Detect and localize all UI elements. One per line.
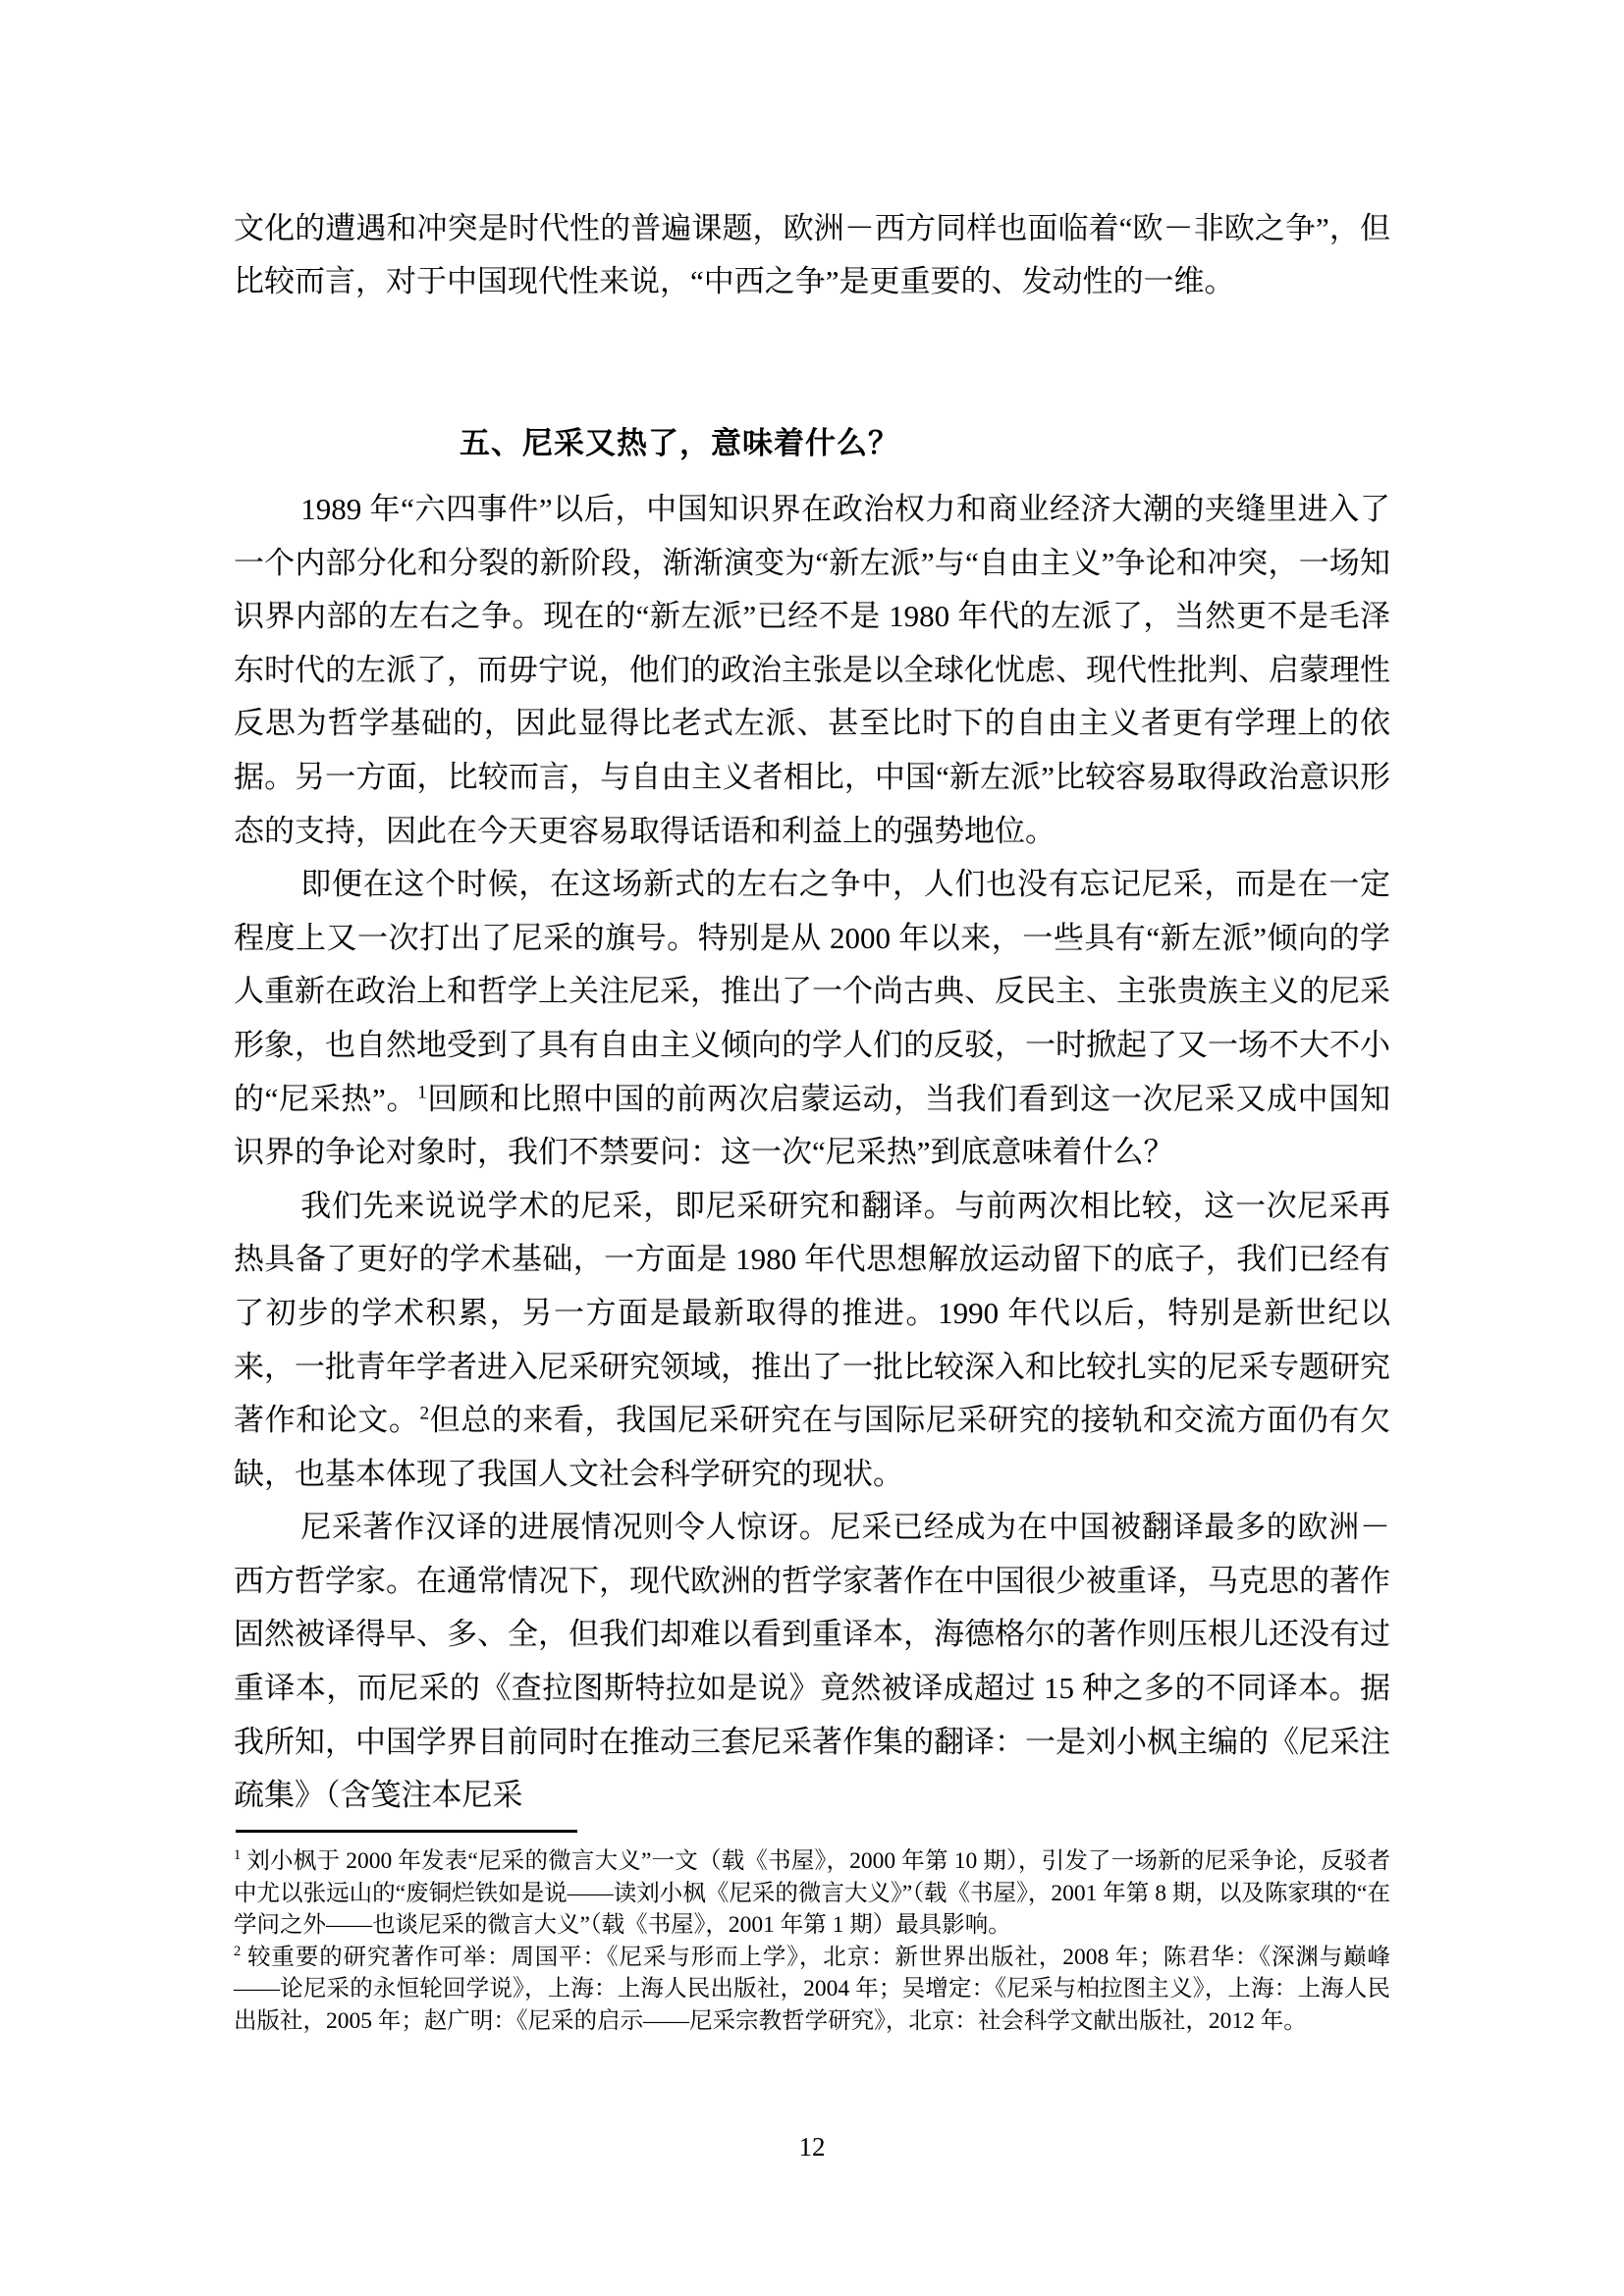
footnotes-section: 1 刘小枫于 2000 年发表“尼采的微言大义”一文（载《书屋》，2000 年第… (234, 1845, 1390, 2037)
body-paragraph: 我们先来说说学术的尼采，即尼采研究和翻译。与前两次相比较，这一次尼采再热具备了更… (234, 1180, 1390, 1502)
page-number: 12 (234, 2132, 1390, 2163)
footnote-marker: 1 (234, 1847, 241, 1863)
body-paragraph: 1989 年“六四事件”以后，中国知识界在政治权力和商业经济大潮的夹缝里进入了一… (234, 483, 1390, 858)
body-paragraph: 尼采著作汉译的进展情况则令人惊讶。尼采已经成为在中国被翻译最多的欧洲－西方哲学家… (234, 1501, 1390, 1823)
footnote-separator (236, 1830, 577, 1833)
document-page: 文化的遭遇和冲突是时代性的普遍课题，欧洲－西方同样也面临着“欧－非欧之争”，但比… (0, 0, 1624, 2296)
footnote-marker: 2 (234, 1944, 241, 1959)
section-heading: 五、尼采又热了，意味着什么？ (101, 418, 1258, 462)
footnote: 2 较重要的研究著作可举：周国平：《尼采与形而上学》，北京：新世界出版社，200… (234, 1942, 1390, 2038)
body-text: 1989 年“六四事件”以后，中国知识界在政治权力和商业经济大潮的夹缝里进入了一… (234, 483, 1390, 1823)
footnote-ref: 1 (417, 1082, 427, 1102)
footnote-ref: 2 (419, 1404, 429, 1424)
footnote: 1 刘小枫于 2000 年发表“尼采的微言大义”一文（载《书屋》，2000 年第… (234, 1845, 1390, 1942)
intro-paragraph: 文化的遭遇和冲突是时代性的普遍课题，欧洲－西方同样也面临着“欧－非欧之争”，但比… (234, 202, 1390, 308)
body-paragraph: 即便在这个时候，在这场新式的左右之争中，人们也没有忘记尼采，而是在一定程度上又一… (234, 858, 1390, 1180)
